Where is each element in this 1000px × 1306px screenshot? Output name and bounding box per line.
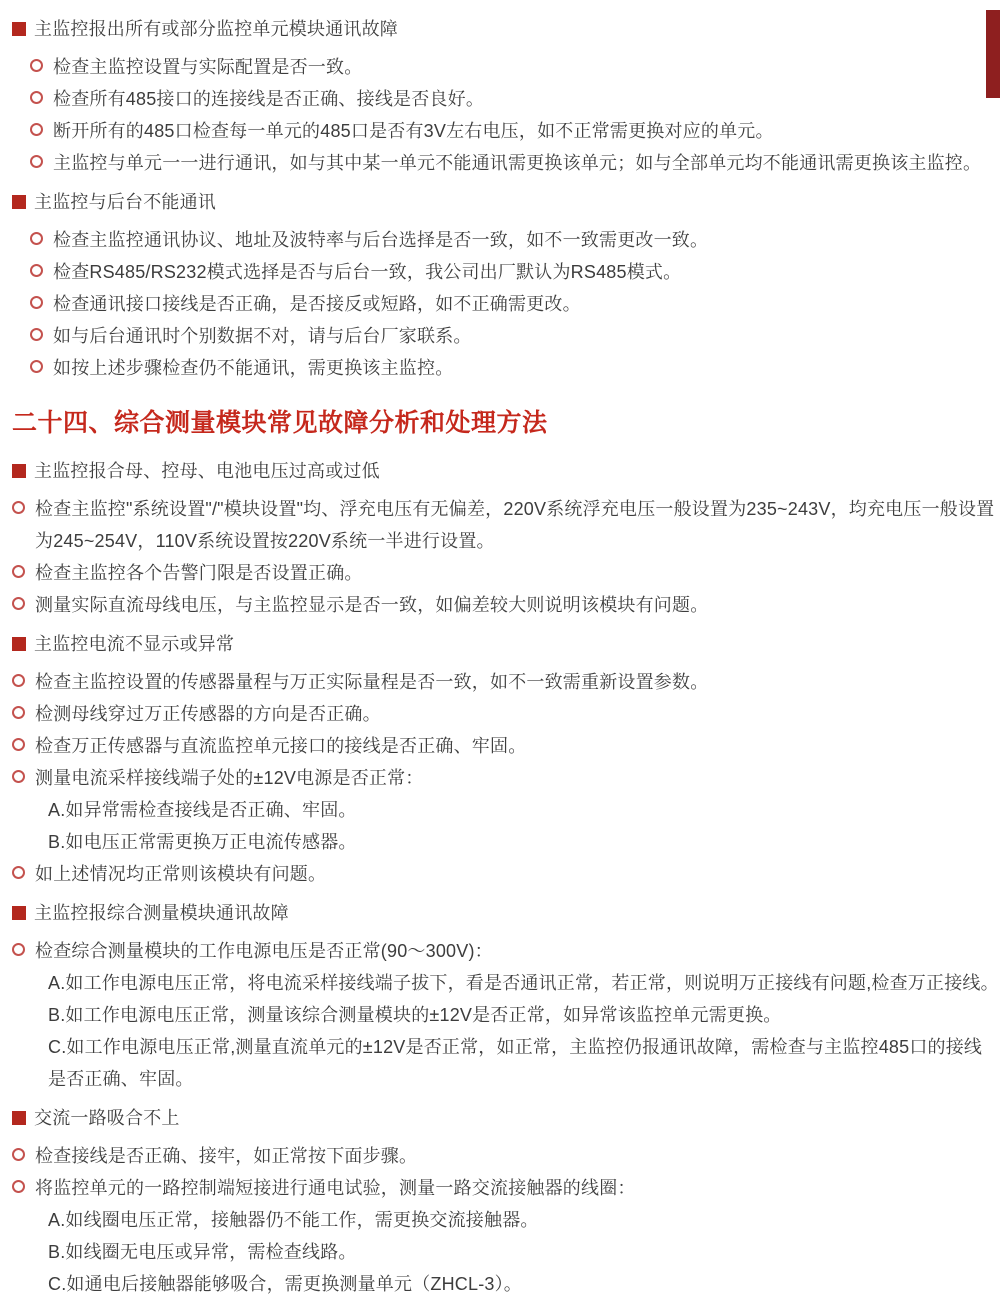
square-bullet-icon — [12, 637, 26, 651]
circle-bullet-icon — [12, 597, 25, 610]
step-text: 检查主监控各个告警门限是否设置正确。 — [35, 557, 1000, 589]
checklist-item: 检查接线是否正确、接牢，如正常按下面步骤。 — [0, 1140, 1000, 1172]
step-text: 检查万正传感器与直流监控单元接口的接线是否正确、牢固。 — [35, 730, 1000, 762]
circle-bullet-icon — [30, 59, 43, 72]
circle-bullet-icon — [12, 674, 25, 687]
section-title: 主监控报合母、控母、电池电压过高或过低 — [34, 455, 1000, 487]
step-text: 如按上述步骤检查仍不能通讯，需更换该主监控。 — [53, 352, 1000, 384]
circle-bullet-icon — [12, 738, 25, 751]
circle-bullet-icon — [12, 1180, 25, 1193]
square-bullet-icon — [12, 195, 26, 209]
circle-bullet-icon — [12, 1148, 25, 1161]
checklist-item: 如与后台通讯时个别数据不对，请与后台厂家联系。 — [0, 320, 1000, 352]
checklist-item: 检查主监控各个告警门限是否设置正确。 — [0, 557, 1000, 589]
sub-step: B.如工作电源电压正常，测量该综合测量模块的±12V是否正常，如异常该监控单元需… — [0, 999, 1000, 1031]
step-text: 检查主监控通讯协议、地址及波特率与后台选择是否一致，如不一致需更改一致。 — [53, 224, 1000, 256]
step-text: 将监控单元的一路控制端短接进行通电试验，测量一路交流接触器的线圈： — [35, 1172, 1000, 1204]
section-title: 主监控报出所有或部分监控单元模块通讯故障 — [34, 13, 1000, 45]
sub-step: A.如线圈电压正常，接触器仍不能工作，需更换交流接触器。 — [0, 1204, 1000, 1236]
checklist-item: 测量电流采样接线端子处的±12V电源是否正常： — [0, 762, 1000, 794]
step-text: A.如异常需检查接线是否正确、牢固。 — [48, 794, 1000, 826]
square-bullet-icon — [12, 464, 26, 478]
checklist-item: 检查综合测量模块的工作电源电压是否正常(90～300V)： — [0, 935, 1000, 967]
checklist-item: 将监控单元的一路控制端短接进行通电试验，测量一路交流接触器的线圈： — [0, 1172, 1000, 1204]
section-header: 交流一路吸合不上 — [0, 1102, 1000, 1134]
checklist-item: 检测母线穿过万正传感器的方向是否正确。 — [0, 698, 1000, 730]
circle-bullet-icon — [12, 565, 25, 578]
chapter-heading: 二十四、综合测量模块常见故障分析和处理方法 — [0, 406, 1000, 440]
section-title: 主监控电流不显示或异常 — [34, 628, 1000, 660]
document-page: 主监控报出所有或部分监控单元模块通讯故障检查主监控设置与实际配置是否一致。检查所… — [0, 0, 1000, 1300]
section-title: 交流一路吸合不上 — [34, 1102, 1000, 1134]
square-bullet-icon — [12, 22, 26, 36]
circle-bullet-icon — [30, 360, 43, 373]
section-header: 主监控电流不显示或异常 — [0, 628, 1000, 660]
step-text: 检查通讯接口接线是否正确，是否接反或短路，如不正确需更改。 — [53, 288, 1000, 320]
checklist-item: 如按上述步骤检查仍不能通讯，需更换该主监控。 — [0, 352, 1000, 384]
circle-bullet-icon — [12, 706, 25, 719]
square-bullet-icon — [12, 1111, 26, 1125]
step-text: 检查主监控"系统设置"/"模块设置"均、浮充电压有无偏差，220V系统浮充电压一… — [35, 493, 1000, 557]
checklist-item: 检查主监控通讯协议、地址及波特率与后台选择是否一致，如不一致需更改一致。 — [0, 224, 1000, 256]
step-text: 测量电流采样接线端子处的±12V电源是否正常： — [35, 762, 1000, 794]
section-header: 主监控报合母、控母、电池电压过高或过低 — [0, 455, 1000, 487]
sub-step: B.如电压正常需更换万正电流传感器。 — [0, 826, 1000, 858]
step-text: 断开所有的485口检查每一单元的485口是否有3V左右电压，如不正常需更换对应的… — [53, 115, 1000, 147]
circle-bullet-icon — [30, 264, 43, 277]
section-header: 主监控与后台不能通讯 — [0, 186, 1000, 218]
page-edge-tab — [986, 10, 1000, 98]
circle-bullet-icon — [12, 866, 25, 879]
step-text: 检查主监控设置的传感器量程与万正实际量程是否一致，如不一致需重新设置参数。 — [35, 666, 1000, 698]
step-text: C.如通电后接触器能够吸合，需更换测量单元（ZHCL-3）。 — [48, 1268, 1000, 1300]
step-text: B.如工作电源电压正常，测量该综合测量模块的±12V是否正常，如异常该监控单元需… — [48, 999, 1000, 1031]
circle-bullet-icon — [30, 123, 43, 136]
sub-step: B.如线圈无电压或异常，需检查线路。 — [0, 1236, 1000, 1268]
circle-bullet-icon — [30, 91, 43, 104]
sub-step: A.如工作电源电压正常，将电流采样接线端子拔下，看是否通讯正常，若正常，则说明万… — [0, 967, 1000, 999]
section-title: 主监控与后台不能通讯 — [34, 186, 1000, 218]
checklist-item: 检查主监控设置与实际配置是否一致。 — [0, 51, 1000, 83]
step-text: 主监控与单元一一进行通讯，如与其中某一单元不能通讯需更换该单元；如与全部单元均不… — [53, 147, 1000, 179]
step-text: 检查RS485/RS232模式选择是否与后台一致，我公司出厂默认为RS485模式… — [53, 256, 1000, 288]
circle-bullet-icon — [30, 296, 43, 309]
step-text: 检查接线是否正确、接牢，如正常按下面步骤。 — [35, 1140, 1000, 1172]
step-text: A.如线圈电压正常，接触器仍不能工作，需更换交流接触器。 — [48, 1204, 1000, 1236]
circle-bullet-icon — [30, 232, 43, 245]
checklist-item: 断开所有的485口检查每一单元的485口是否有3V左右电压，如不正常需更换对应的… — [0, 115, 1000, 147]
sub-step: C.如工作电源电压正常,测量直流单元的±12V是否正常，如正常，主监控仍报通讯故… — [0, 1031, 1000, 1095]
step-text: B.如电压正常需更换万正电流传感器。 — [48, 826, 1000, 858]
section-header: 主监控报出所有或部分监控单元模块通讯故障 — [0, 13, 1000, 45]
step-text: C.如工作电源电压正常,测量直流单元的±12V是否正常，如正常，主监控仍报通讯故… — [48, 1031, 1000, 1095]
checklist-item: 主监控与单元一一进行通讯，如与其中某一单元不能通讯需更换该单元；如与全部单元均不… — [0, 147, 1000, 179]
checklist-item: 检查所有485接口的连接线是否正确、接线是否良好。 — [0, 83, 1000, 115]
circle-bullet-icon — [12, 770, 25, 783]
checklist-item: 测量实际直流母线电压，与主监控显示是否一致，如偏差较大则说明该模块有问题。 — [0, 589, 1000, 621]
square-bullet-icon — [12, 906, 26, 920]
checklist-item: 检查主监控"系统设置"/"模块设置"均、浮充电压有无偏差，220V系统浮充电压一… — [0, 493, 1000, 557]
checklist-item: 检查万正传感器与直流监控单元接口的接线是否正确、牢固。 — [0, 730, 1000, 762]
step-text: 测量实际直流母线电压，与主监控显示是否一致，如偏差较大则说明该模块有问题。 — [35, 589, 1000, 621]
sub-step: A.如异常需检查接线是否正确、牢固。 — [0, 794, 1000, 826]
step-text: B.如线圈无电压或异常，需检查线路。 — [48, 1236, 1000, 1268]
step-text: 如与后台通讯时个别数据不对，请与后台厂家联系。 — [53, 320, 1000, 352]
step-text: 检查综合测量模块的工作电源电压是否正常(90～300V)： — [35, 935, 1000, 967]
circle-bullet-icon — [30, 328, 43, 341]
sub-step: C.如通电后接触器能够吸合，需更换测量单元（ZHCL-3）。 — [0, 1268, 1000, 1300]
checklist-item: 检查通讯接口接线是否正确，是否接反或短路，如不正确需更改。 — [0, 288, 1000, 320]
circle-bullet-icon — [12, 501, 25, 514]
circle-bullet-icon — [12, 943, 25, 956]
checklist-item: 检查RS485/RS232模式选择是否与后台一致，我公司出厂默认为RS485模式… — [0, 256, 1000, 288]
checklist-item: 如上述情况均正常则该模块有问题。 — [0, 858, 1000, 890]
step-text: 检测母线穿过万正传感器的方向是否正确。 — [35, 698, 1000, 730]
checklist-item: 检查主监控设置的传感器量程与万正实际量程是否一致，如不一致需重新设置参数。 — [0, 666, 1000, 698]
step-text: 检查所有485接口的连接线是否正确、接线是否良好。 — [53, 83, 1000, 115]
section-header: 主监控报综合测量模块通讯故障 — [0, 897, 1000, 929]
circle-bullet-icon — [30, 155, 43, 168]
step-text: 如上述情况均正常则该模块有问题。 — [35, 858, 1000, 890]
step-text: A.如工作电源电压正常，将电流采样接线端子拔下，看是否通讯正常，若正常，则说明万… — [48, 967, 1000, 999]
step-text: 检查主监控设置与实际配置是否一致。 — [53, 51, 1000, 83]
section-title: 主监控报综合测量模块通讯故障 — [34, 897, 1000, 929]
